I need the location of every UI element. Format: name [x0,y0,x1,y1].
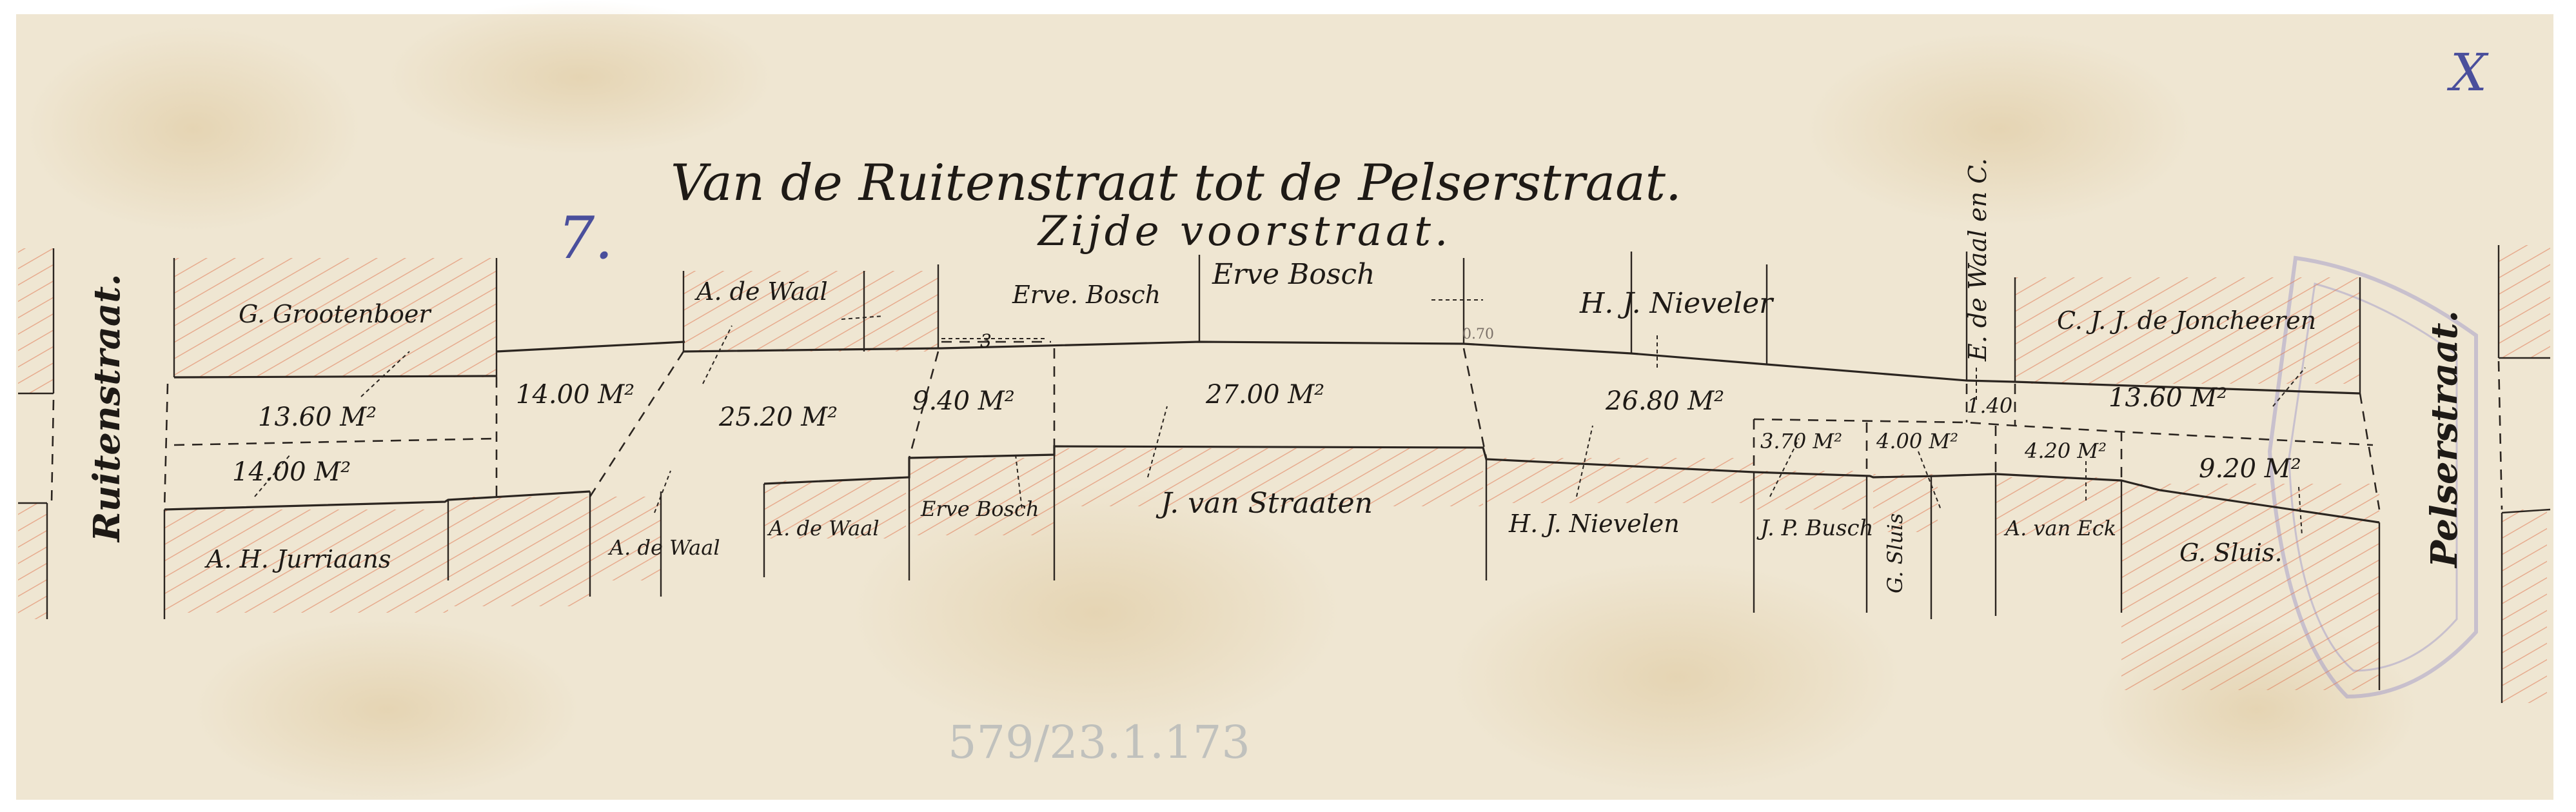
corner-mark: X [2446,43,2489,103]
street-label-ruitenstraat: Ruitenstraat. [86,273,128,543]
pencil-reference: 579/23.1.173 [948,716,1250,769]
owner-label-upper: G. Grootenboer [239,300,432,328]
owner-label-upper: H. J. Nieveler [1579,287,1775,320]
area-label: 26.80 M² [1605,386,1724,416]
owner-label-lower: Erve Bosch [920,497,1039,521]
area-label: 1.40 [1967,393,2012,418]
page-subtitle: Zijde voorstraat. [1037,208,1451,255]
measurement-label: 3 [980,330,992,352]
historical-street-plan: X 7. Van de Ruitenstraat tot de Pelserst… [0,0,2576,812]
owner-label-upper: Erve. Bosch [1012,281,1161,309]
owner-label-lower: A. de Waal [767,516,880,540]
owner-label-lower-vertical: G. Sluis [1883,513,1907,593]
measurement-label: 0.70 [1462,326,1494,342]
area-label: 13.60 M² [2109,383,2227,413]
area-label: 3.70 M² [1760,429,1842,453]
owner-label-upper: A. de Waal [694,277,828,306]
page-title: Van de Ruitenstraat tot de Pelserstraat. [671,154,1682,212]
owner-label-upper: Erve Bosch [1212,258,1375,291]
street-label-pelserstraat: Pelserstraat. [2423,310,2466,569]
sheet-number: 7. [558,204,613,272]
owner-label-lower: J. P. Busch [1756,515,1873,541]
area-label: 14.00 M² [232,457,351,487]
area-label: 14.00 M² [516,380,634,410]
owner-label-upper: C. J. J. de Joncheeren [2057,306,2316,335]
area-label: 13.60 M² [258,402,377,432]
owner-label-upper-vertical: E. de Waal en C. [1963,158,1992,362]
owner-label-lower: A. de Waal [607,535,720,560]
area-label: 4.20 M² [2024,439,2107,463]
owner-label-lower: J. van Straaten [1155,487,1373,520]
owner-label-lower: A. van Eck [2003,516,2116,540]
owner-label-lower: H. J. Nievelen [1508,510,1680,538]
area-label: 9.20 M² [2199,454,2301,484]
area-label: 25.20 M² [718,402,838,432]
owner-label-lower: A. H. Jurriaans [204,545,391,573]
area-label: 4.00 M² [1876,429,1958,453]
area-label: 9.40 M² [912,386,1015,416]
area-label: 27.00 M² [1205,380,1324,410]
owner-label-lower: G. Sluis. [2179,539,2283,567]
